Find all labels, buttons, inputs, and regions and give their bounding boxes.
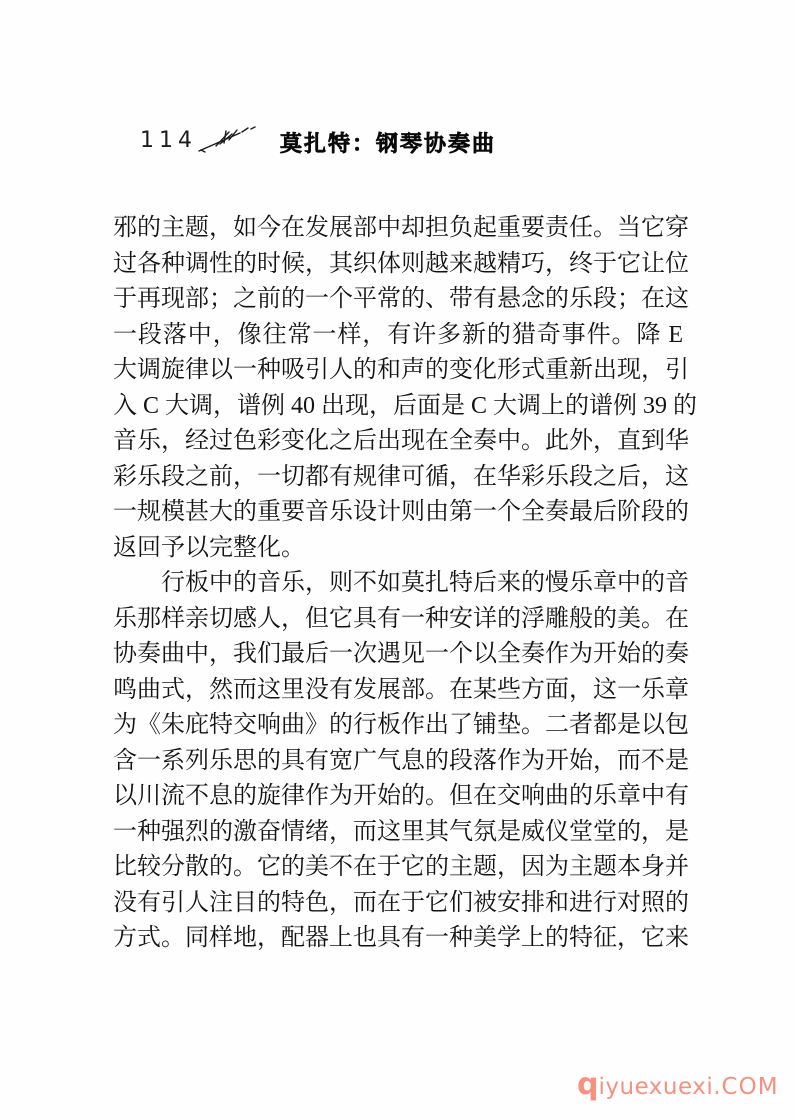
page-header: 114 莫扎特：钢琴协奏曲 <box>0 118 794 162</box>
text-line: 没有引人注目的特色，而在于它们被安排和进行对照的 <box>113 886 683 922</box>
text-line: 含一系列乐思的具有宽广气息的段落作为开始，而不是 <box>113 744 683 780</box>
text-line: 返回予以完整化。 <box>113 531 683 567</box>
running-title: 莫扎特：钢琴协奏曲 <box>280 127 496 158</box>
text-line: 彩乐段之前，一切都有规律可循，在华彩乐段之后，这 <box>113 460 683 496</box>
text-line: 过各种调性的时候，其织体则越来越精巧，终于它让位 <box>113 247 683 283</box>
text-line: 行板中的音乐，则不如莫扎特后来的慢乐章中的音 <box>113 566 683 602</box>
body-text: 邪的主题，如今在发展部中却担负起重要责任。当它穿过各种调性的时候，其织体则越来越… <box>113 211 683 957</box>
text-line: 音乐，经过色彩变化之后出现在全奏中。此外，直到华 <box>113 424 683 460</box>
watermark: qiyuexuexi.COM <box>577 1068 779 1106</box>
page-number: 114 <box>140 128 197 153</box>
text-line: 协奏曲中，我们最后一次遇见一个以全奏作为开始的奏 <box>113 637 683 673</box>
text-line: 方式。同样地，配器上也具有一种美学上的特征，它来 <box>113 921 683 957</box>
text-line: 比较分散的。它的美不在于它的主题，因为主题本身并 <box>113 850 683 886</box>
text-line: 为《朱庇特交响曲》的行板作出了铺垫。二者都是以包 <box>113 708 683 744</box>
text-line: 一种强烈的激奋情绪，而这里其气氛是威仪堂堂的，是 <box>113 815 683 851</box>
text-line: 于再现部；之前的一个平常的、带有悬念的乐段；在这 <box>113 282 683 318</box>
text-line: 一规模甚大的重要音乐设计则由第一个全奏最后阶段的 <box>113 495 683 531</box>
book-page: 114 莫扎特：钢琴协奏曲 邪的主题，如今在发展部中却担负起重要责任。当它穿过各… <box>0 0 794 1120</box>
text-line: 鸣曲式，然而这里没有发展部。在某些方面，这一乐章 <box>113 673 683 709</box>
text-line: 以川流不息的旋律作为开始的。但在交响曲的乐章中有 <box>113 779 683 815</box>
watermark-text: iyuexuexi <box>598 1074 713 1100</box>
watermark-domain: .COM <box>713 1074 778 1100</box>
twig-flourish-icon <box>196 124 258 156</box>
text-line: 入 C 大调，谱例 40 出现，后面是 C 大调上的谱例 39 的 <box>113 389 683 425</box>
text-line: 乐那样亲切感人，但它具有一种安详的浮雕般的美。在 <box>113 602 683 638</box>
watermark-initial: q <box>577 1067 598 1102</box>
text-line: 一段落中，像往常一样，有许多新的猎奇事件。降 E <box>113 318 683 354</box>
text-line: 邪的主题，如今在发展部中却担负起重要责任。当它穿 <box>113 211 683 247</box>
text-line: 大调旋律以一种吸引人的和声的变化形式重新出现，引 <box>113 353 683 389</box>
